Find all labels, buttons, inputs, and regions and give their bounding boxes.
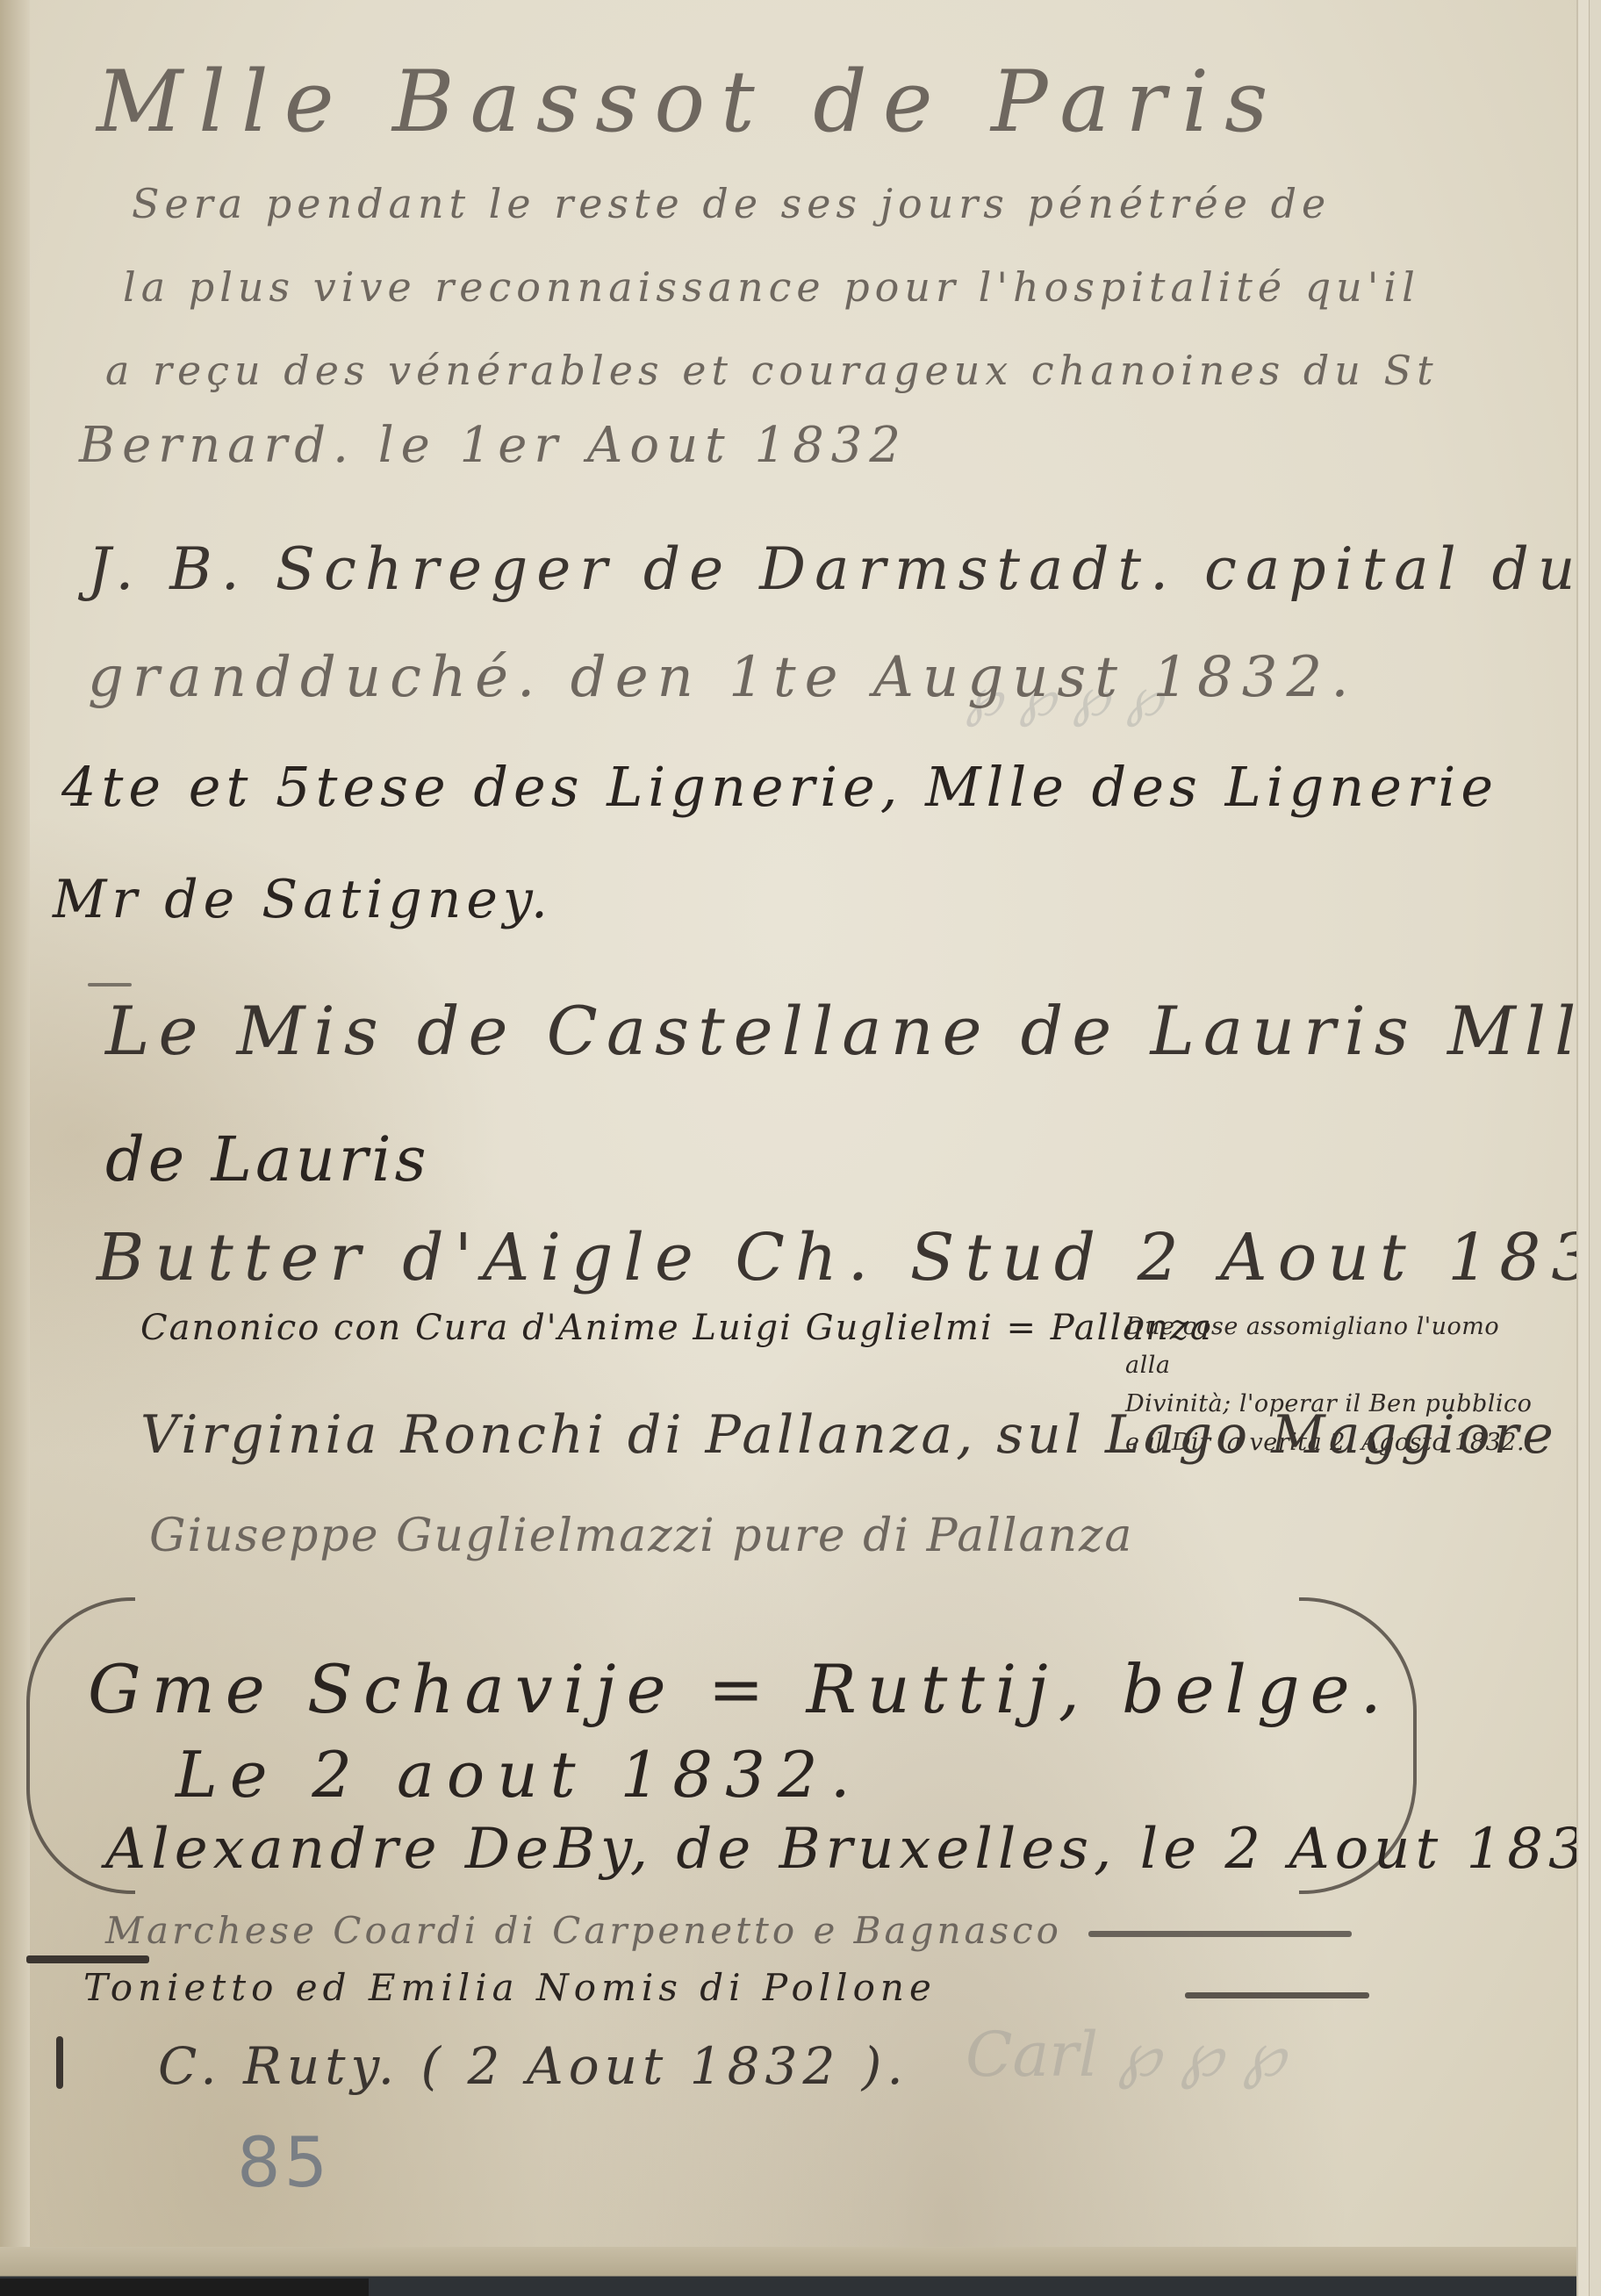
entry-castellane-line-1: Le Mis de Castellane de Lauris Mlle	[105, 992, 1601, 1070]
pencil-page-number: 85	[237, 2124, 331, 2203]
entry-coardi-line-1: Marchese Coardi di Carpenetto e Bagnasco	[105, 1909, 1062, 1952]
binding-shadow	[0, 2278, 369, 2296]
entry-castellane-line-2: de Lauris	[105, 1123, 430, 1195]
entry-bassot-line-5: Bernard. le 1er Aout 1832	[79, 417, 908, 474]
entry-ronchi-line-1: Virginia Ronchi di Pallanza, sul Lago Ma…	[140, 1404, 1557, 1466]
entry-lignerie-line-1: 4te et 5tese des Lignerie, Mlle des Lign…	[61, 755, 1498, 819]
entry-deby-line-1: Alexandre DeBy, de Bruxelles, le 2 Aout …	[105, 1817, 1601, 1882]
entry-guglielmazzi-line-1: Giuseppe Guglielmazzi pure di Pallanza	[149, 1510, 1133, 1562]
entry-schreger-line-1: J. B. Schreger de Darmstadt. capital du	[88, 535, 1583, 603]
entry-tonietto-line-1: Tonietto ed Emilia Nomis di Pollone	[83, 1966, 937, 2009]
entry-schreger-line-2: grandduché. den 1te August 1832.	[88, 645, 1358, 710]
entry-butter-line-1: Butter d'Aigle Ch. Stud 2 Aout 1832	[97, 1220, 1601, 1295]
manuscript-page: ℘ ℘ ℘ ℘ Carl ℘ ℘ ℘ Mlle Bassot de Paris …	[0, 0, 1576, 2271]
entry-schavije-line-2: Le 2 aout 1832.	[176, 1738, 863, 1812]
entry-bassot-line-2: Sera pendant le reste de ses jours pénét…	[132, 180, 1331, 227]
margin-ink-mark	[56, 2036, 63, 2089]
bleed-through-text: Carl ℘ ℘ ℘	[966, 2019, 1285, 2091]
entry-bassot-line-1: Mlle Bassot de Paris	[97, 53, 1283, 151]
entry-ruty-line-1: C. Ruty. ( 2 Aout 1832 ).	[158, 2036, 908, 2096]
separator-dash	[88, 983, 132, 987]
entry-bassot-line-4: a reçu des vénérables et courageux chano…	[105, 347, 1439, 394]
adjacent-page-edges	[1576, 0, 1601, 2296]
page-left-edge	[0, 0, 30, 2271]
flourish-dash	[1088, 1931, 1352, 1937]
flourish-dash	[1185, 1992, 1369, 1998]
entry-lignerie-line-2: Mr de Satigney.	[53, 869, 553, 930]
flourish-dash	[26, 1955, 149, 1963]
entry-bassot-line-3: la plus vive reconnaissance pour l'hospi…	[123, 263, 1420, 311]
entry-schavije-line-1: Gme Schavije = Ruttij, belge.	[88, 1650, 1392, 1728]
entry-guglielmi-line-1: Canonico con Cura d'Anime Luigi Guglielm…	[140, 1308, 1213, 1348]
margin-note-line-1: Due cose assomigliano l'uomo alla	[1125, 1308, 1538, 1385]
